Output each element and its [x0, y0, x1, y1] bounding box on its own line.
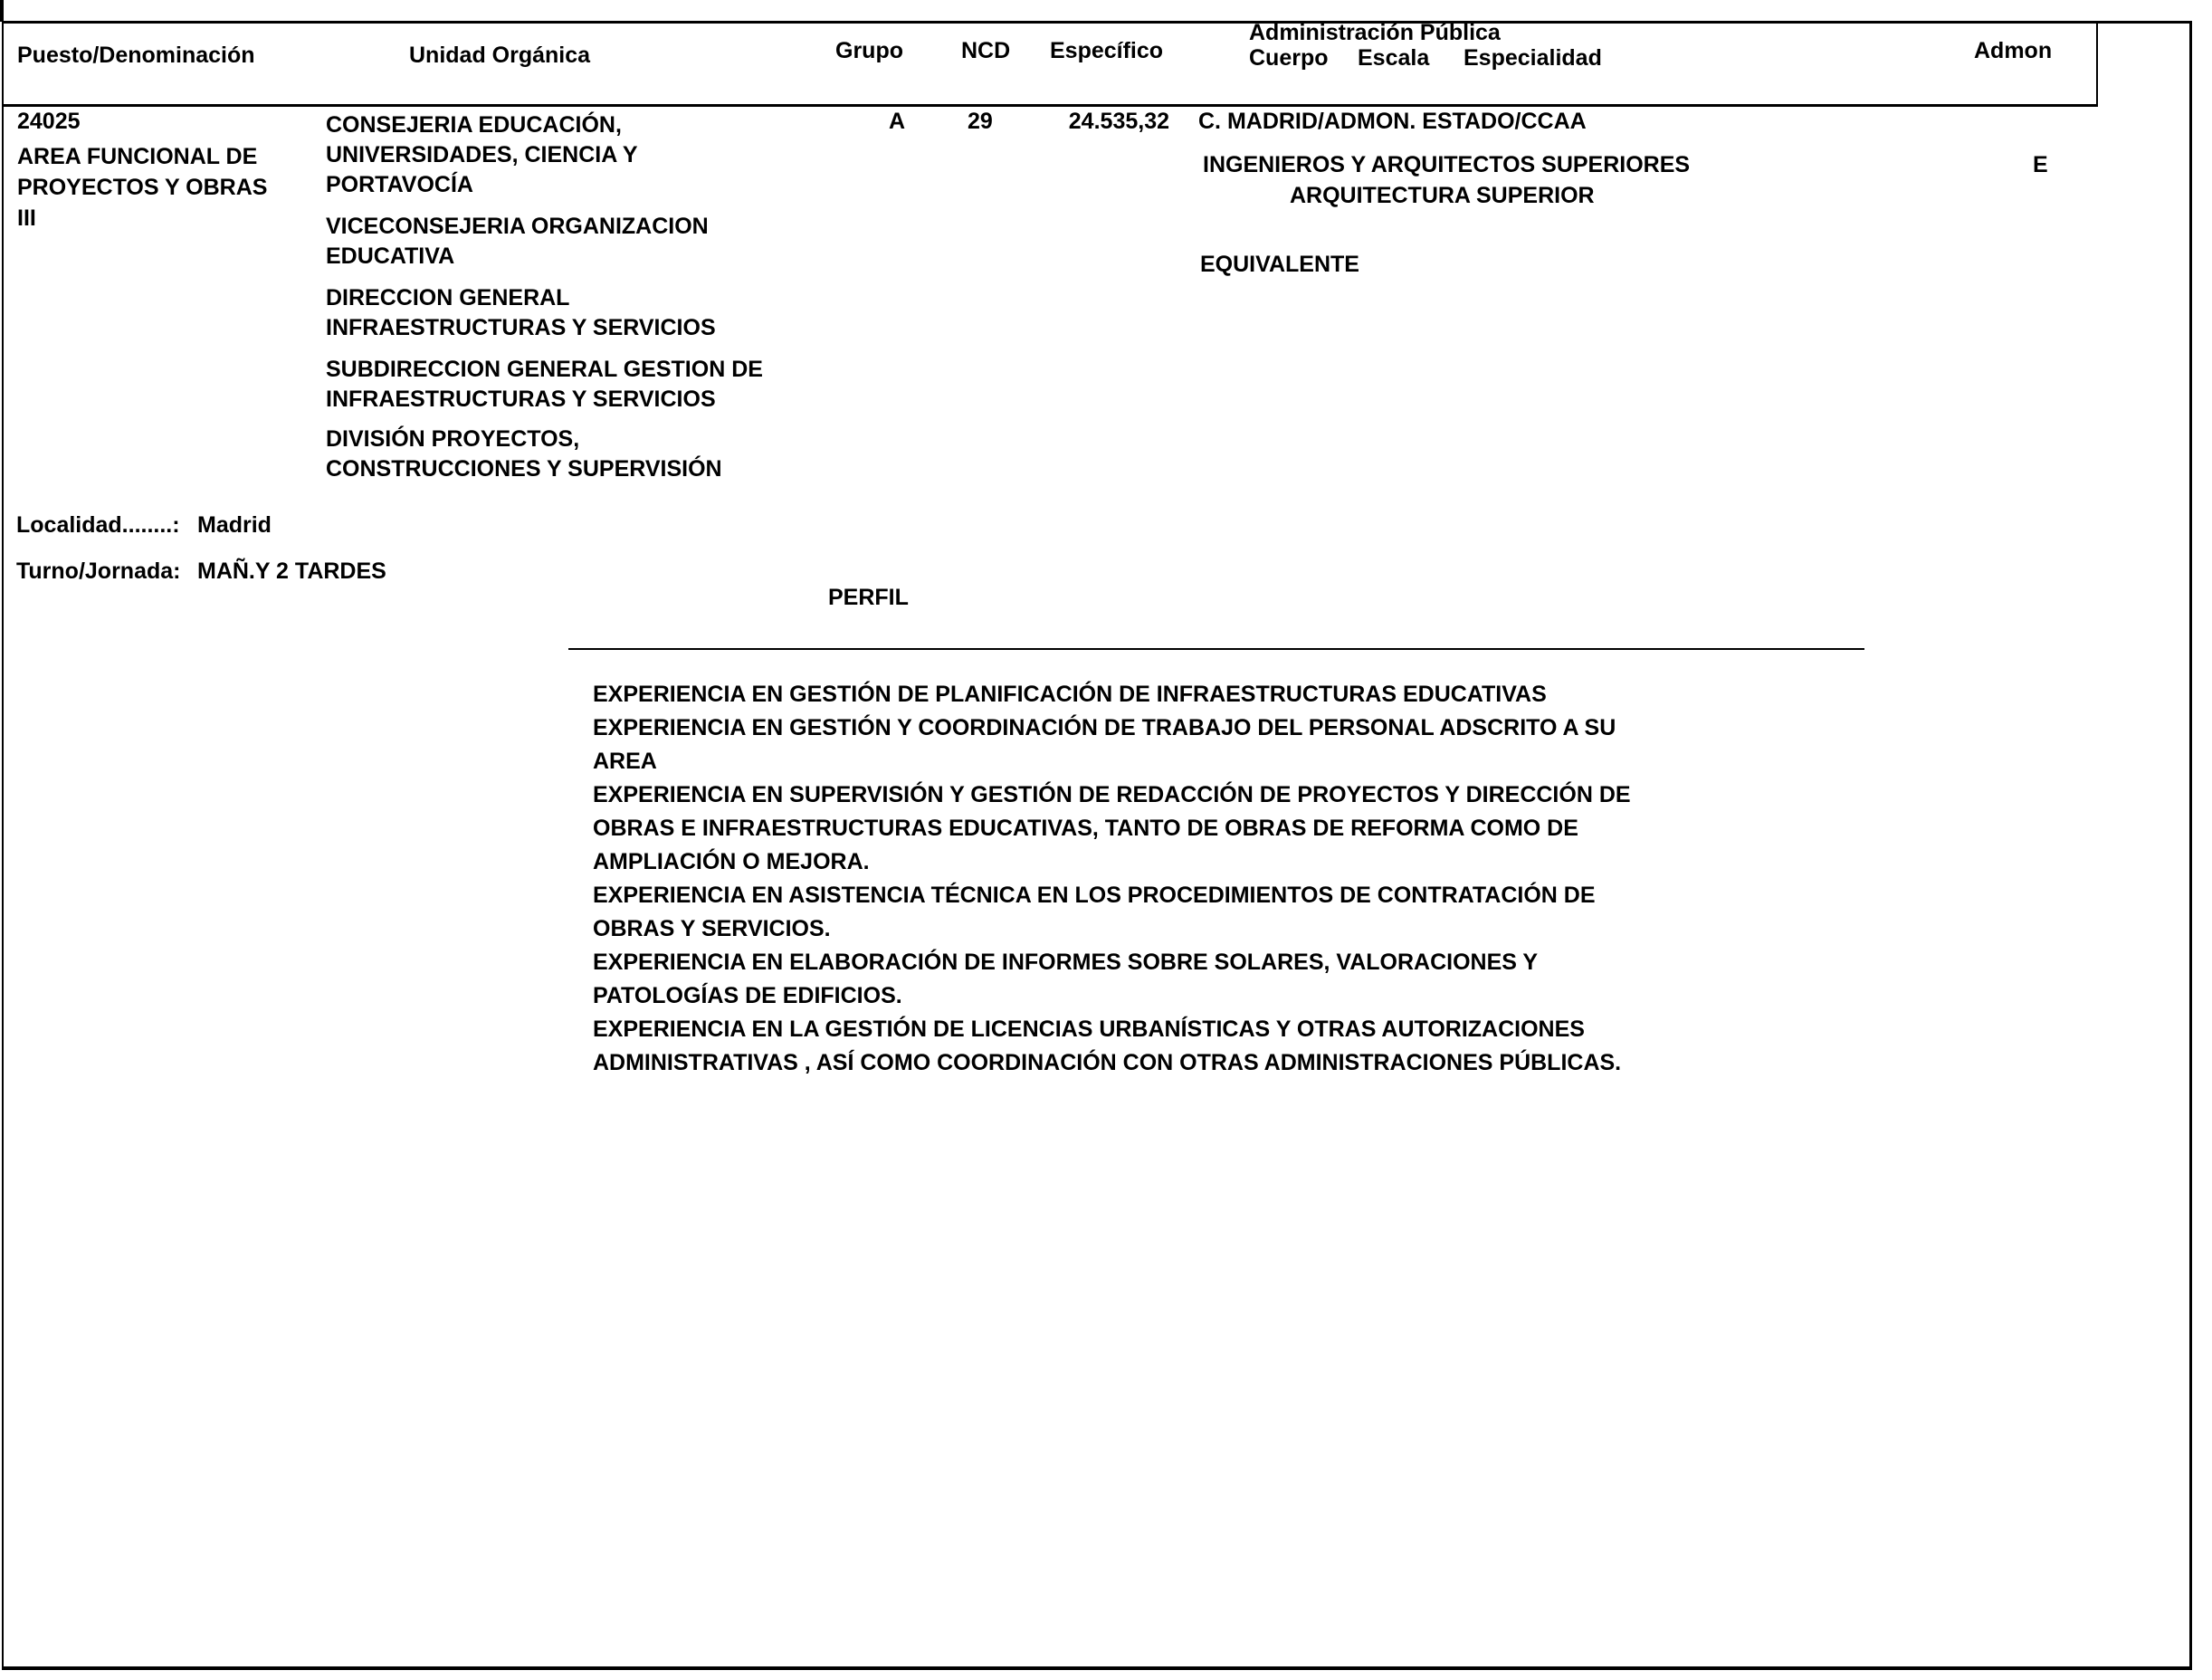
unidad-line: PORTAVOCÍA: [326, 170, 638, 200]
denominacion-line: PROYECTOS Y OBRAS: [17, 172, 267, 203]
perfil-divider: [568, 648, 1864, 650]
unidad-line: DIRECCION GENERAL: [326, 283, 716, 313]
perfil-line: EXPERIENCIA EN GESTIÓN DE PLANIFICACIÓN …: [593, 678, 1887, 711]
turno-label: Turno/Jornada:: [16, 560, 180, 583]
perfil-line: OBRAS E INFRAESTRUCTURAS EDUCATIVAS, TAN…: [593, 812, 1887, 845]
admon-value: E: [2033, 154, 2048, 177]
escala-value: EQUIVALENTE: [1200, 253, 1359, 276]
especialidad-value: ARQUITECTURA SUPERIOR: [1290, 185, 1595, 207]
unidad-line: CONSTRUCCIONES Y SUPERVISIÓN: [326, 454, 722, 484]
denominacion: AREA FUNCIONAL DE PROYECTOS Y OBRAS III: [17, 141, 267, 234]
turno-value: MAÑ.Y 2 TARDES: [197, 560, 386, 583]
column-header-admon: Admon: [1974, 40, 2052, 62]
administracion-value: C. MADRID/ADMON. ESTADO/CCAA: [1198, 110, 1587, 133]
puesto-id: 24025: [17, 110, 81, 133]
perfil-line: PATOLOGÍAS DE EDIFICIOS.: [593, 979, 1887, 1013]
unidad-entry: VICECONSEJERIA ORGANIZACION EDUCATIVA: [326, 212, 709, 272]
unidad-line: DIVISIÓN PROYECTOS,: [326, 425, 722, 454]
table-header-box: [2, 21, 2098, 107]
unidad-line: UNIVERSIDADES, CIENCIA Y: [326, 140, 638, 170]
denominacion-line: III: [17, 203, 267, 234]
cuerpo-value: INGENIEROS Y ARQUITECTOS SUPERIORES: [1203, 154, 1690, 177]
perfil-line: OBRAS Y SERVICIOS.: [593, 912, 1887, 946]
perfil-line: EXPERIENCIA EN SUPERVISIÓN Y GESTIÓN DE …: [593, 778, 1887, 812]
column-header-cuerpo: Cuerpo: [1249, 47, 1329, 70]
unidad-entry: DIRECCION GENERAL INFRAESTRUCTURAS Y SER…: [326, 283, 716, 343]
column-header-especifico: Específico: [1050, 40, 1163, 62]
perfil-line: EXPERIENCIA EN LA GESTIÓN DE LICENCIAS U…: [593, 1013, 1887, 1046]
grupo-value: A: [889, 110, 905, 133]
unidad-entry: CONSEJERIA EDUCACIÓN, UNIVERSIDADES, CIE…: [326, 110, 638, 200]
column-header-escala: Escala: [1358, 47, 1429, 70]
unidad-line: INFRAESTRUCTURAS Y SERVICIOS: [326, 313, 716, 343]
column-header-especialidad: Especialidad: [1464, 47, 1602, 70]
perfil-line: EXPERIENCIA EN ELABORACIÓN DE INFORMES S…: [593, 946, 1887, 979]
job-listing-page: Puesto/Denominación Unidad Orgánica Grup…: [0, 0, 2212, 1680]
perfil-line: EXPERIENCIA EN ASISTENCIA TÉCNICA EN LOS…: [593, 879, 1887, 912]
unidad-line: EDUCATIVA: [326, 242, 709, 272]
column-header-administracion-publica: Administración Pública: [1249, 22, 1501, 44]
unidad-line: SUBDIRECCION GENERAL GESTION DE: [326, 355, 763, 385]
perfil-line: EXPERIENCIA EN GESTIÓN Y COORDINACIÓN DE…: [593, 711, 1887, 745]
denominacion-line: AREA FUNCIONAL DE: [17, 141, 267, 172]
perfil-line: AREA: [593, 745, 1887, 778]
unidad-entry: DIVISIÓN PROYECTOS, CONSTRUCCIONES Y SUP…: [326, 425, 722, 484]
ncd-value: 29: [968, 110, 993, 133]
column-header-puesto: Puesto/Denominación: [17, 44, 255, 67]
unidad-entry: SUBDIRECCION GENERAL GESTION DE INFRAEST…: [326, 355, 763, 415]
perfil-line: ADMINISTRATIVAS , ASÍ COMO COORDINACIÓN …: [593, 1046, 1887, 1080]
unidad-line: CONSEJERIA EDUCACIÓN,: [326, 110, 638, 140]
perfil-line: AMPLIACIÓN O MEJORA.: [593, 845, 1887, 879]
page-edge-mark: [0, 0, 4, 22]
perfil-title: PERFIL: [828, 587, 909, 609]
column-header-grupo: Grupo: [835, 40, 903, 62]
unidad-line: VICECONSEJERIA ORGANIZACION: [326, 212, 709, 242]
localidad-value: Madrid: [197, 514, 272, 537]
especifico-value: 24.535,32: [996, 110, 1169, 133]
unidad-line: INFRAESTRUCTURAS Y SERVICIOS: [326, 385, 763, 415]
column-header-ncd: NCD: [961, 40, 1010, 62]
localidad-label: Localidad........:: [16, 514, 180, 537]
perfil-text: EXPERIENCIA EN GESTIÓN DE PLANIFICACIÓN …: [593, 678, 1887, 1080]
column-header-unidad: Unidad Orgánica: [409, 44, 590, 67]
